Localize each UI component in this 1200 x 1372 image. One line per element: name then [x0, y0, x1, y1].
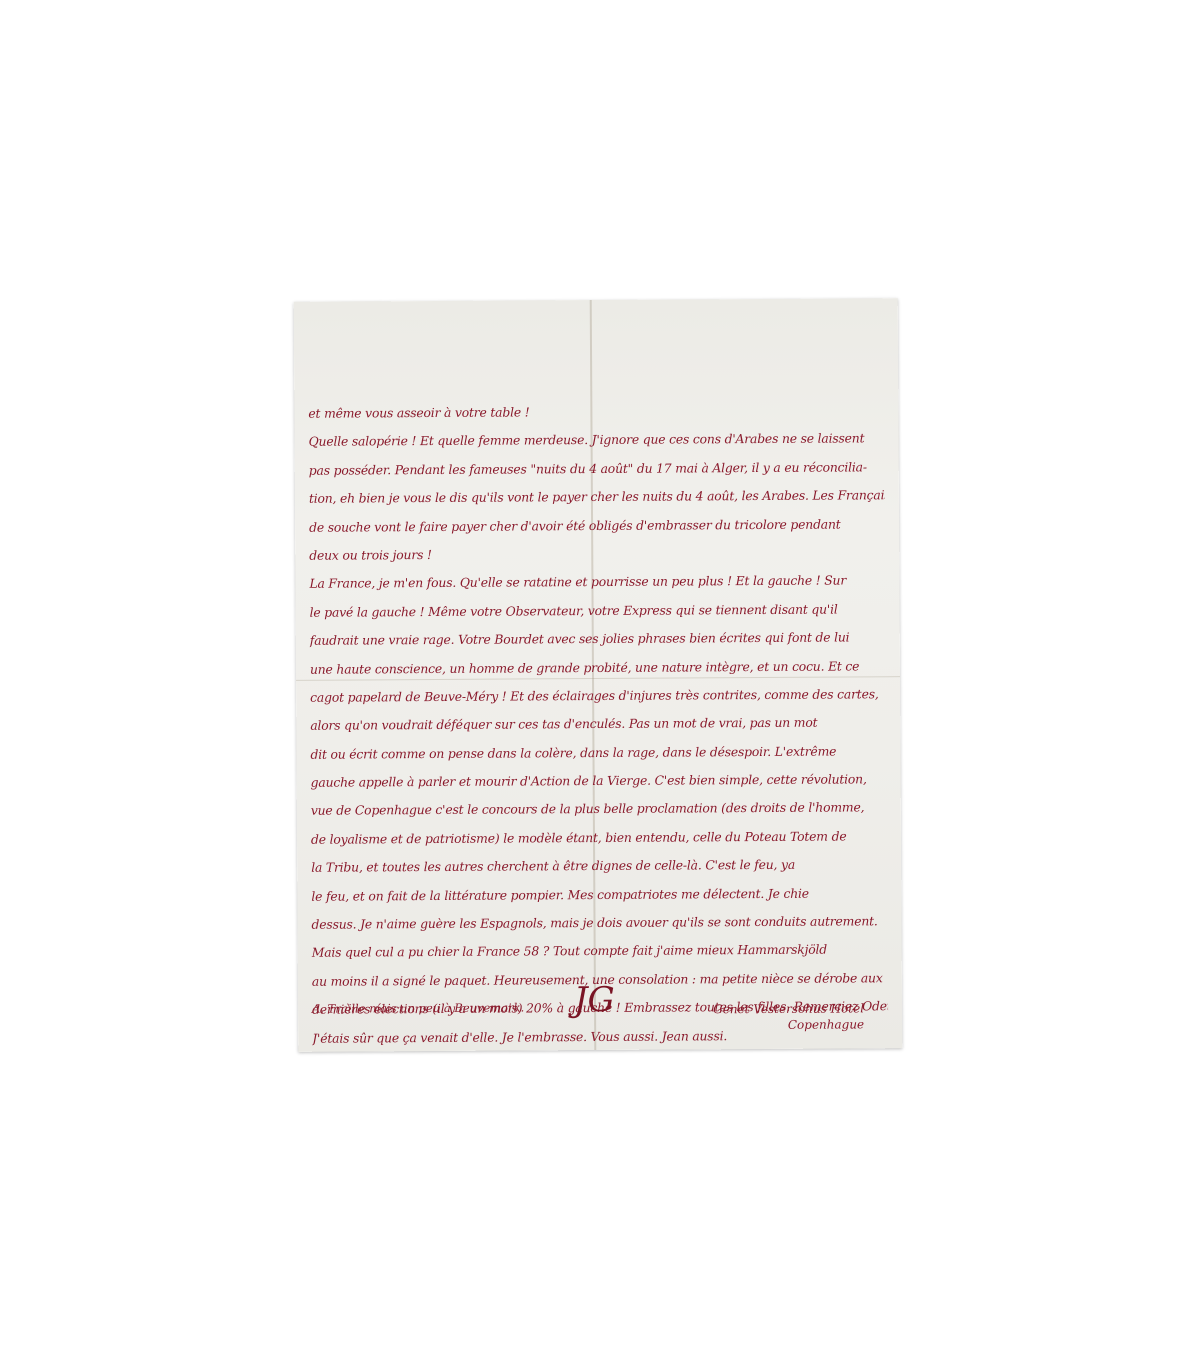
letter-line: le pavé la gauche ! Même votre Observate…	[310, 595, 886, 627]
letter-line: La France, je m'en fous. Qu'elle se rata…	[309, 567, 885, 599]
letter-line: de souche vont le faire payer cher d'avo…	[309, 510, 885, 542]
letter-line: alors qu'on voudrait déféquer sur ces ta…	[310, 709, 886, 741]
letter-line: Mais quel cul a pu chier la France 58 ? …	[312, 936, 888, 968]
letter-line: tion, eh bien je vous le dis qu'ils vont…	[309, 481, 885, 513]
letter-line: dit ou écrit comme on pense dans la colè…	[310, 737, 886, 769]
letter-sheet: et même vous asseoir à votre table ! Que…	[294, 298, 903, 1052]
letter-line: faudrait une vraie rage. Votre Bourdet a…	[310, 623, 886, 655]
city: Copenhague	[713, 1016, 864, 1033]
letter-body: et même vous asseoir à votre table ! Que…	[308, 396, 888, 1052]
letter-footer: A. Traille mais un peu à Beuvemark. JG G…	[312, 978, 888, 1042]
letter-line: et même vous asseoir à votre table !	[308, 396, 884, 428]
letter-line: pas posséder. Pendant les fameuses "nuit…	[309, 453, 885, 485]
sender-name: Genet	[713, 1002, 749, 1016]
postscript: A. Traille mais un peu à Beuvemark.	[312, 1000, 524, 1015]
sender-location: Genet Vestersohus Hotel Copenhague	[713, 1000, 864, 1033]
letter-line: vue de Copenhague c'est le concours de l…	[311, 794, 887, 826]
letter-line: le feu, et on fait de la littérature pom…	[311, 879, 887, 911]
letter-line: deux ou trois jours !	[309, 538, 885, 570]
letter-line: Quelle salopérie ! Et quelle femme merde…	[308, 425, 884, 457]
letter-line: la Tribu, et toutes les autres cherchent…	[311, 850, 887, 882]
letter-line: de loyalisme et de patriotisme) le modèl…	[311, 822, 887, 854]
hotel-name: Vestersohus Hotel	[753, 1001, 864, 1016]
letter-line: dessus. Je n'aime guère les Espagnols, m…	[311, 907, 887, 939]
letter-line: une haute conscience, un homme de grande…	[310, 652, 886, 684]
letter-line: cagot papelard de Beuve-Méry ! Et des éc…	[310, 680, 886, 712]
letter-line: gauche appelle à parler et mourir d'Acti…	[311, 765, 887, 797]
signature: JG	[574, 980, 615, 1020]
